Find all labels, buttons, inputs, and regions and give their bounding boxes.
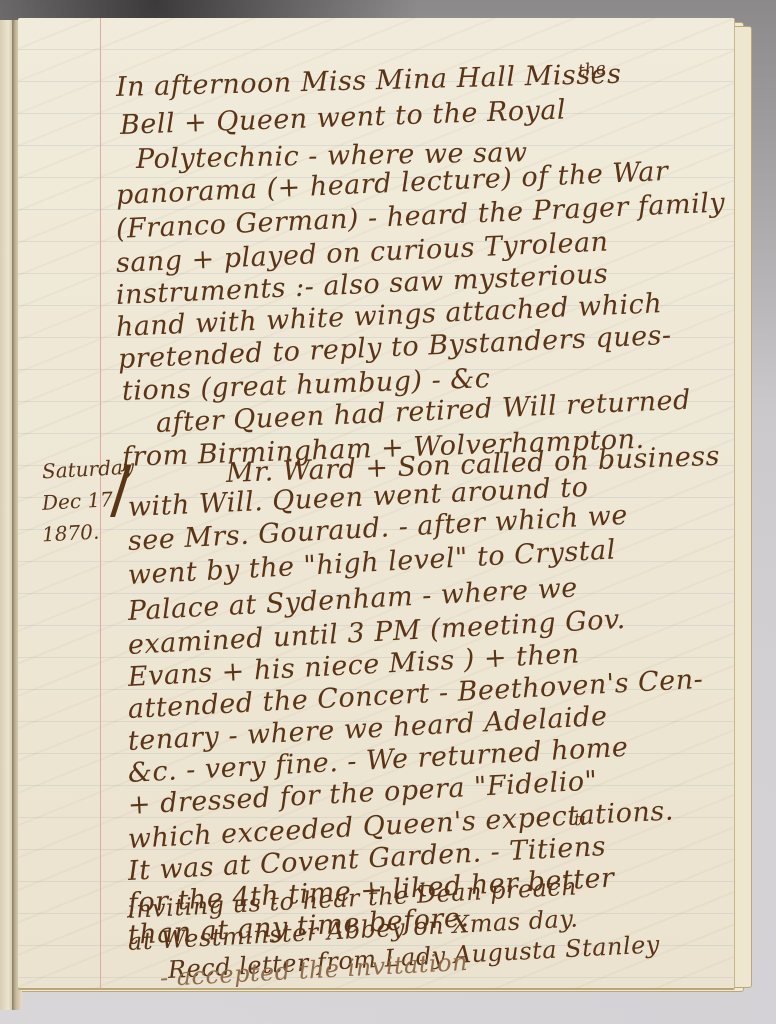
- margin-date-date: Dec 17: [41, 486, 113, 516]
- margin-date-year: 1870.: [41, 519, 100, 548]
- diary-page: the In afternoon Miss Mina Hall Misses B…: [18, 18, 735, 990]
